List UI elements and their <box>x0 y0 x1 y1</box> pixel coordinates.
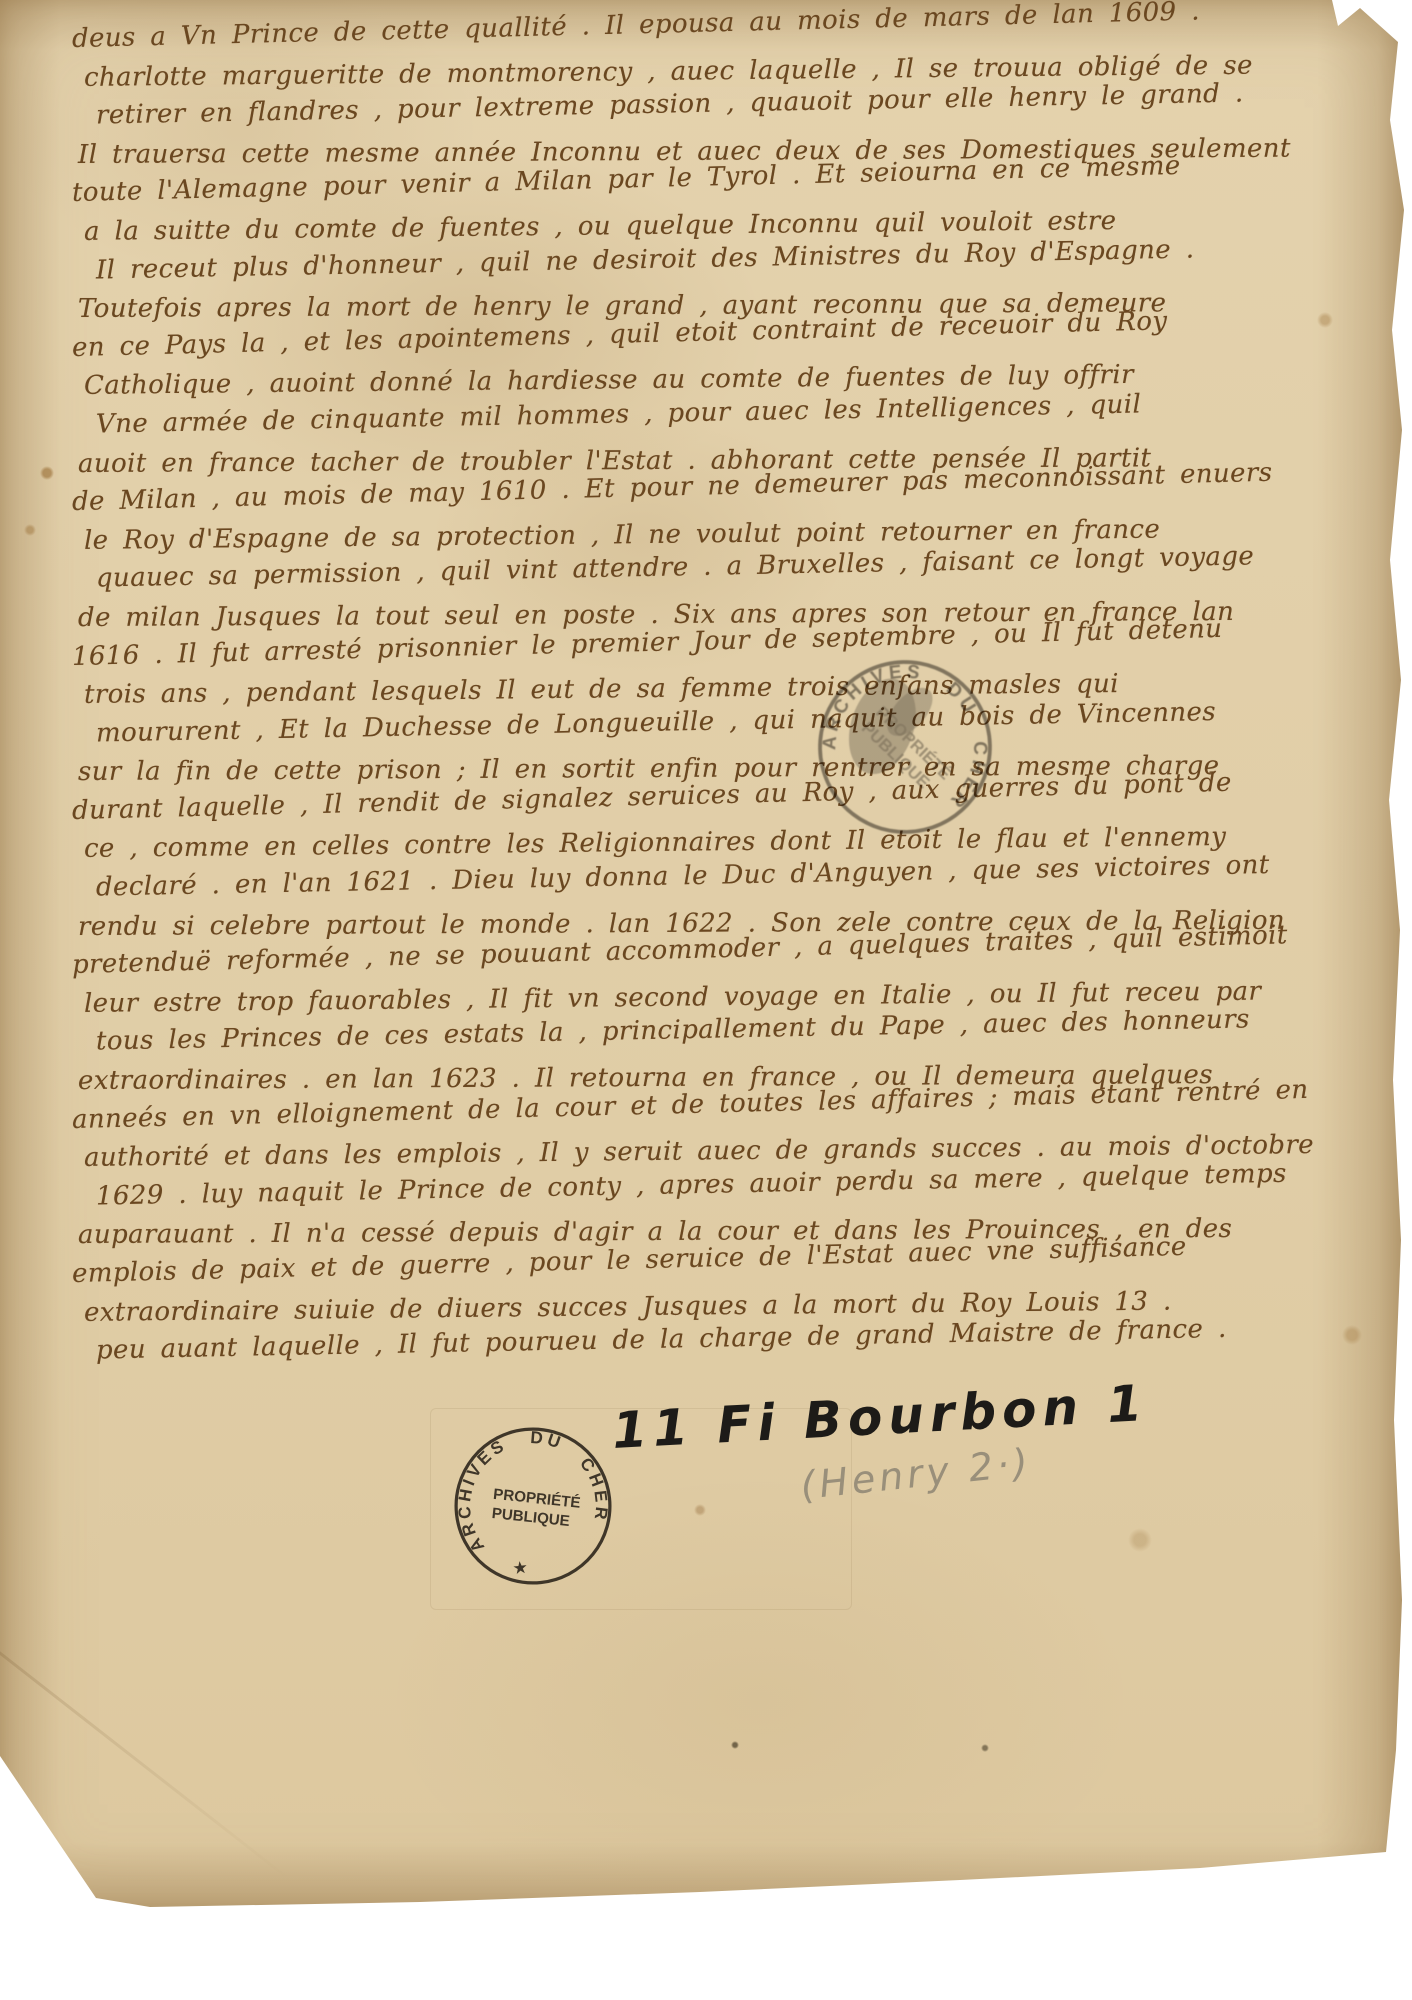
manuscript-page: deus a Vn Prince de cette quallité . Il … <box>0 0 1412 1912</box>
stamp-star-icon: ★ <box>511 1557 528 1579</box>
svg-text:ARCHIVES DU CHER: ARCHIVES DU CHER <box>446 1419 616 1558</box>
ink-reference-annotation: 11 Fi Bourbon 1 <box>611 1374 1150 1460</box>
manuscript-text: deus a Vn Prince de cette quallité . Il … <box>72 20 1342 1371</box>
paper-crease <box>0 1620 291 1881</box>
archive-stamp-icon: ARCHIVES DU CHER PROPRIÉTÉ PUBLIQUE ★ <box>438 1411 627 1600</box>
pencil-annotation: (Henry 2·) <box>798 1440 1033 1508</box>
scan-background: deus a Vn Prince de cette quallité . Il … <box>0 0 1412 2000</box>
